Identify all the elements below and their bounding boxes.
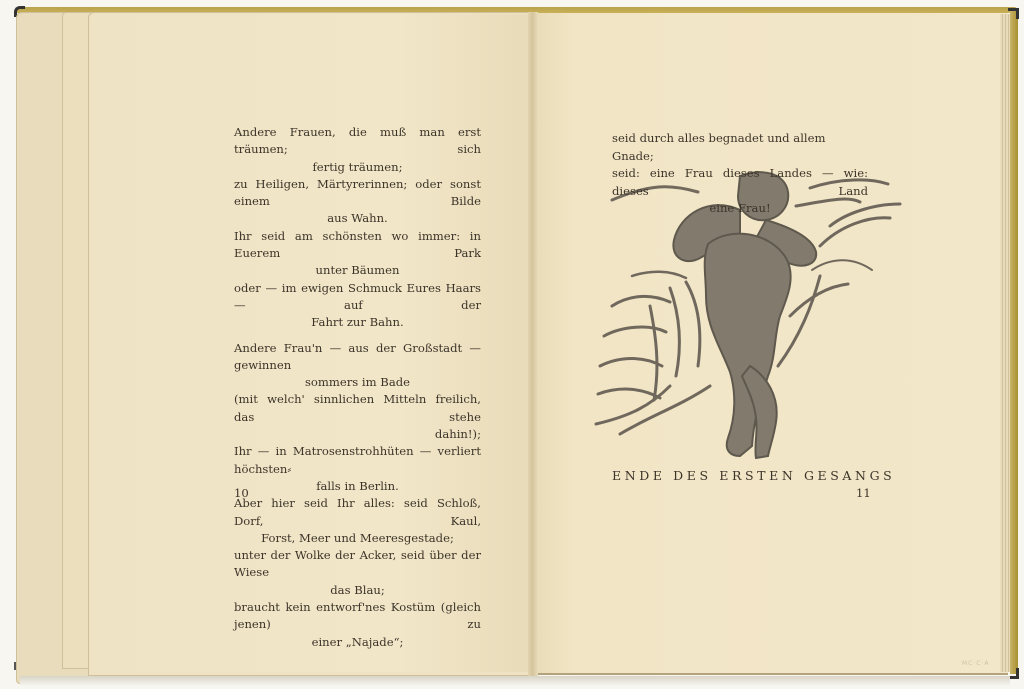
verse-line: zu Heiligen, Märtyrerinnen; oder sonst e… — [234, 176, 481, 211]
verse-line: seid durch alles begnadet und allem Gnad… — [612, 130, 868, 165]
verse-line: fertig träumen; — [234, 159, 481, 176]
page-number-right: 11 — [856, 486, 871, 500]
open-book: Andere Frauen, die muß man erst träumen;… — [0, 0, 1024, 689]
cover-right-edge — [1010, 10, 1018, 674]
verse-line: einer „Najade“; — [234, 634, 481, 651]
verse-line: Forst, Meer und Meeresgestade; — [234, 530, 481, 547]
shadow — [20, 676, 1010, 686]
verse-line: aus Wahn. — [234, 210, 481, 227]
verse-line: dahin!); — [234, 426, 481, 443]
verse-line: Andere Frauen, die muß man erst träumen;… — [234, 124, 481, 159]
verse-line: (mit welch' sinnlichen Mitteln freilich,… — [234, 391, 481, 426]
verse-line: eine Frau! — [612, 200, 868, 218]
verse-line: das Blau; — [234, 582, 481, 599]
stanza: Andere Frauen, die muß man erst träumen;… — [234, 124, 481, 332]
left-page-text: Andere Frauen, die muß man erst träumen;… — [234, 124, 481, 659]
verse-line: unter der Wolke der Acker, seid über der… — [234, 547, 481, 582]
stanza: Andere Frau'n — aus der Großstadt — gewi… — [234, 340, 481, 651]
page-stack-edge — [1000, 14, 1010, 672]
page-number-left: 10 — [234, 486, 249, 500]
verse-line: braucht kein entworf'nes Kostüm (gleich … — [234, 599, 481, 634]
verse-line: falls in Berlin. — [234, 478, 481, 495]
library-stamp: MC·C·A — [962, 660, 989, 667]
verse-line: unter Bäumen — [234, 262, 481, 279]
verse-line: seid: eine Frau dieses Landes — wie: die… — [612, 165, 868, 200]
verse-line: Ihr — in Matrosenstrohhüten — verliert h… — [234, 443, 481, 478]
right-page-text: seid durch alles begnadet und allem Gnad… — [612, 130, 868, 218]
verse-line: Aber hier seid Ihr alles: seid Schloß, D… — [234, 495, 481, 530]
verse-line: oder — im ewigen Schmuck Eures Haars — a… — [234, 280, 481, 315]
verse-line: Andere Frau'n — aus der Großstadt — gewi… — [234, 340, 481, 375]
book-gutter — [528, 12, 538, 676]
closing-heading: ENDE DES ERSTEN GESANGS — [612, 468, 868, 483]
verse-line: sommers im Bade — [234, 374, 481, 391]
verse-line: Ihr seid am schönsten wo immer: in Euere… — [234, 228, 481, 263]
verse-line: Fahrt zur Bahn. — [234, 314, 481, 331]
